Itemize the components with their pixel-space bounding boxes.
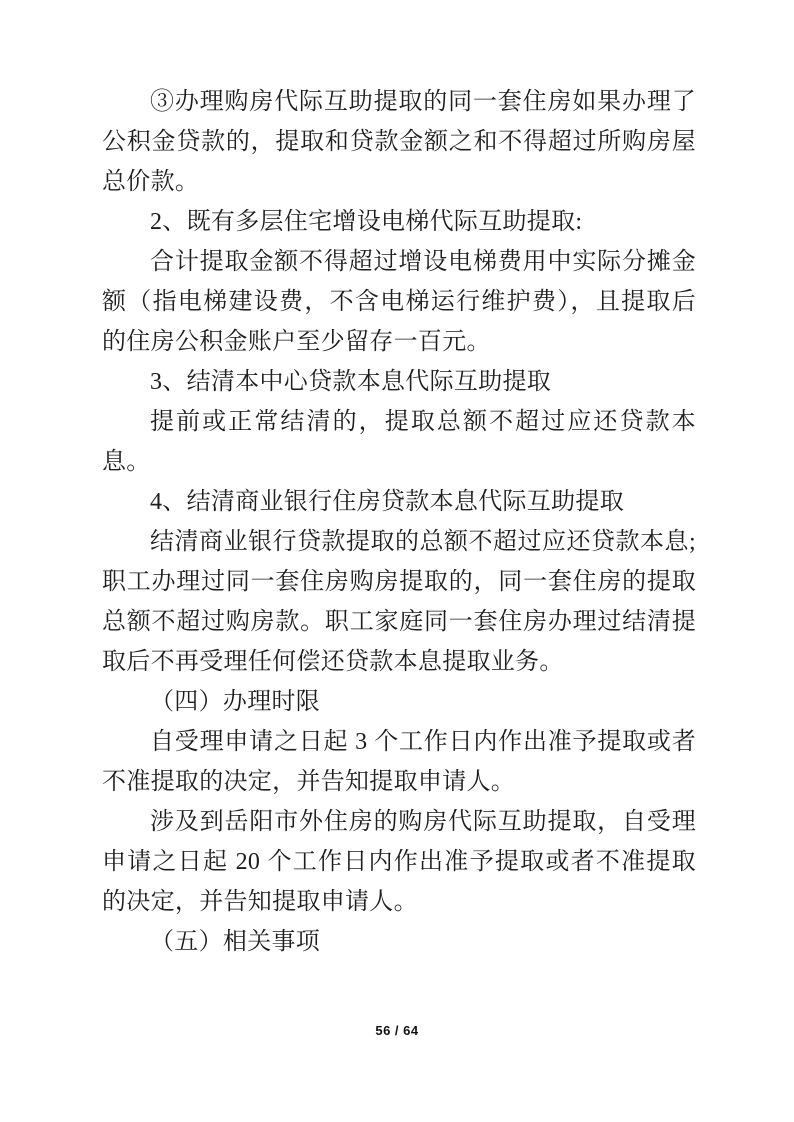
paragraph-elevator-withdrawal-limit: 合计提取金额不得超过增设电梯费用中实际分摊金额（指电梯建设费，不含电梯运行维护费… <box>102 242 696 362</box>
paragraph-heading-elevator-withdrawal: 2、既有多层住宅增设电梯代际互助提取: <box>102 202 696 242</box>
document-body: ③办理购房代际互助提取的同一套住房如果办理了公积金贷款的，提取和贷款金额之和不得… <box>102 82 696 962</box>
page-footer: 56 / 64 <box>0 1022 794 1040</box>
paragraph-heading-related-matters: （五）相关事项 <box>102 922 696 962</box>
paragraph-bank-loan-settlement-limit: 结清商业银行贷款提取的总额不超过应还贷款本息;职工办理过同一套住房购房提取的，同… <box>102 522 696 682</box>
paragraph-item3-purchase-withdrawal: ③办理购房代际互助提取的同一套住房如果办理了公积金贷款的，提取和贷款金额之和不得… <box>102 82 696 202</box>
document-page: ③办理购房代际互助提取的同一套住房如果办理了公积金贷款的，提取和贷款金额之和不得… <box>0 0 794 1122</box>
paragraph-processing-time-outside-city: 涉及到岳阳市外住房的购房代际互助提取，自受理申请之日起 20 个工作日内作出准予… <box>102 802 696 922</box>
paragraph-heading-center-loan-settlement: 3、结清本中心贷款本息代际互助提取 <box>102 362 696 402</box>
paragraph-heading-processing-time: （四）办理时限 <box>102 682 696 722</box>
paragraph-center-loan-settlement-limit: 提前或正常结清的，提取总额不超过应还贷款本息。 <box>102 402 696 482</box>
paragraph-heading-bank-loan-settlement: 4、结清商业银行住房贷款本息代际互助提取 <box>102 482 696 522</box>
page-number: 56 / 64 <box>375 1023 418 1038</box>
paragraph-processing-time-local: 自受理申请之日起 3 个工作日内作出准予提取或者不准提取的决定，并告知提取申请人… <box>102 722 696 802</box>
